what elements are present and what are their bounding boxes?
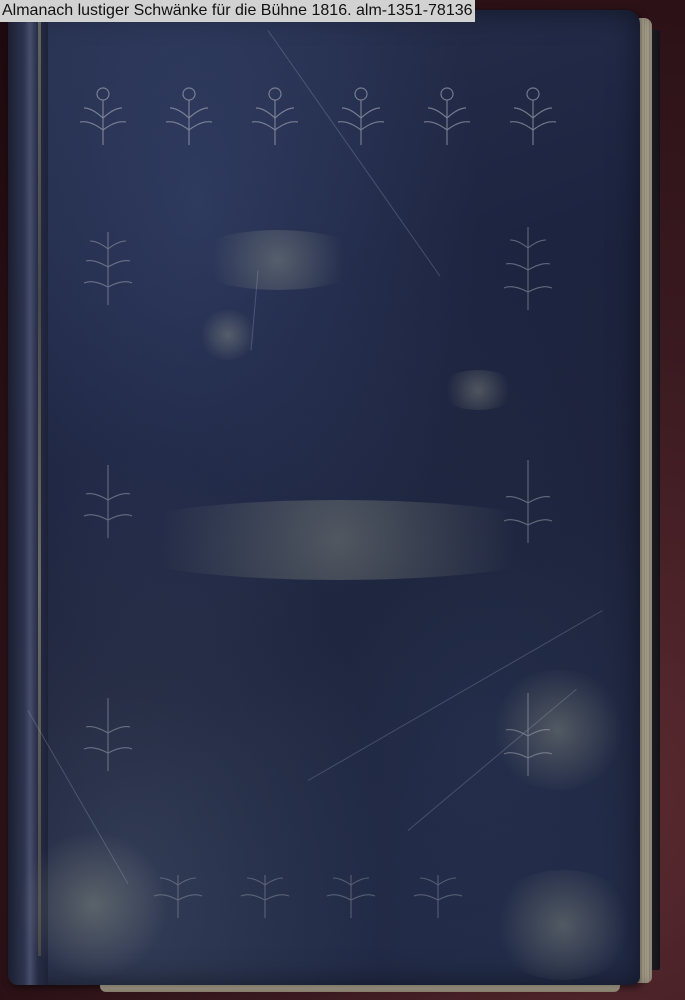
spine-edge xyxy=(8,10,48,985)
leaf-spray-icon xyxy=(498,688,558,778)
ornament-border-bottom xyxy=(148,870,468,930)
wear-spot xyxy=(488,870,638,980)
leaf-spray-icon xyxy=(408,870,468,920)
image-caption: Almanach lustiger Schwänke für die Bühne… xyxy=(0,0,475,22)
leaf-spray-icon xyxy=(498,455,558,545)
wear-spot xyxy=(18,830,168,980)
leaf-spray-icon xyxy=(321,870,381,920)
leaf-spray-icon xyxy=(78,460,138,540)
spine-crease xyxy=(38,20,41,956)
laurel-sprig-icon xyxy=(498,80,568,150)
ornament-border-left xyxy=(78,150,138,850)
ornament-border-top xyxy=(68,70,568,160)
leaf-spray-icon xyxy=(78,693,138,773)
leaf-spray-icon xyxy=(235,870,295,920)
laurel-sprig-icon xyxy=(68,80,138,150)
leaf-spray-icon xyxy=(498,222,558,312)
leaf-spray-icon xyxy=(78,227,138,307)
wear-spot xyxy=(188,230,368,290)
laurel-sprig-icon xyxy=(326,80,396,150)
wear-spot xyxy=(198,310,258,360)
laurel-sprig-icon xyxy=(240,80,310,150)
ornament-border-right xyxy=(498,150,558,850)
leaf-spray-icon xyxy=(148,870,208,920)
laurel-sprig-icon xyxy=(154,80,224,150)
book-front-cover xyxy=(8,10,640,985)
laurel-sprig-icon xyxy=(412,80,482,150)
